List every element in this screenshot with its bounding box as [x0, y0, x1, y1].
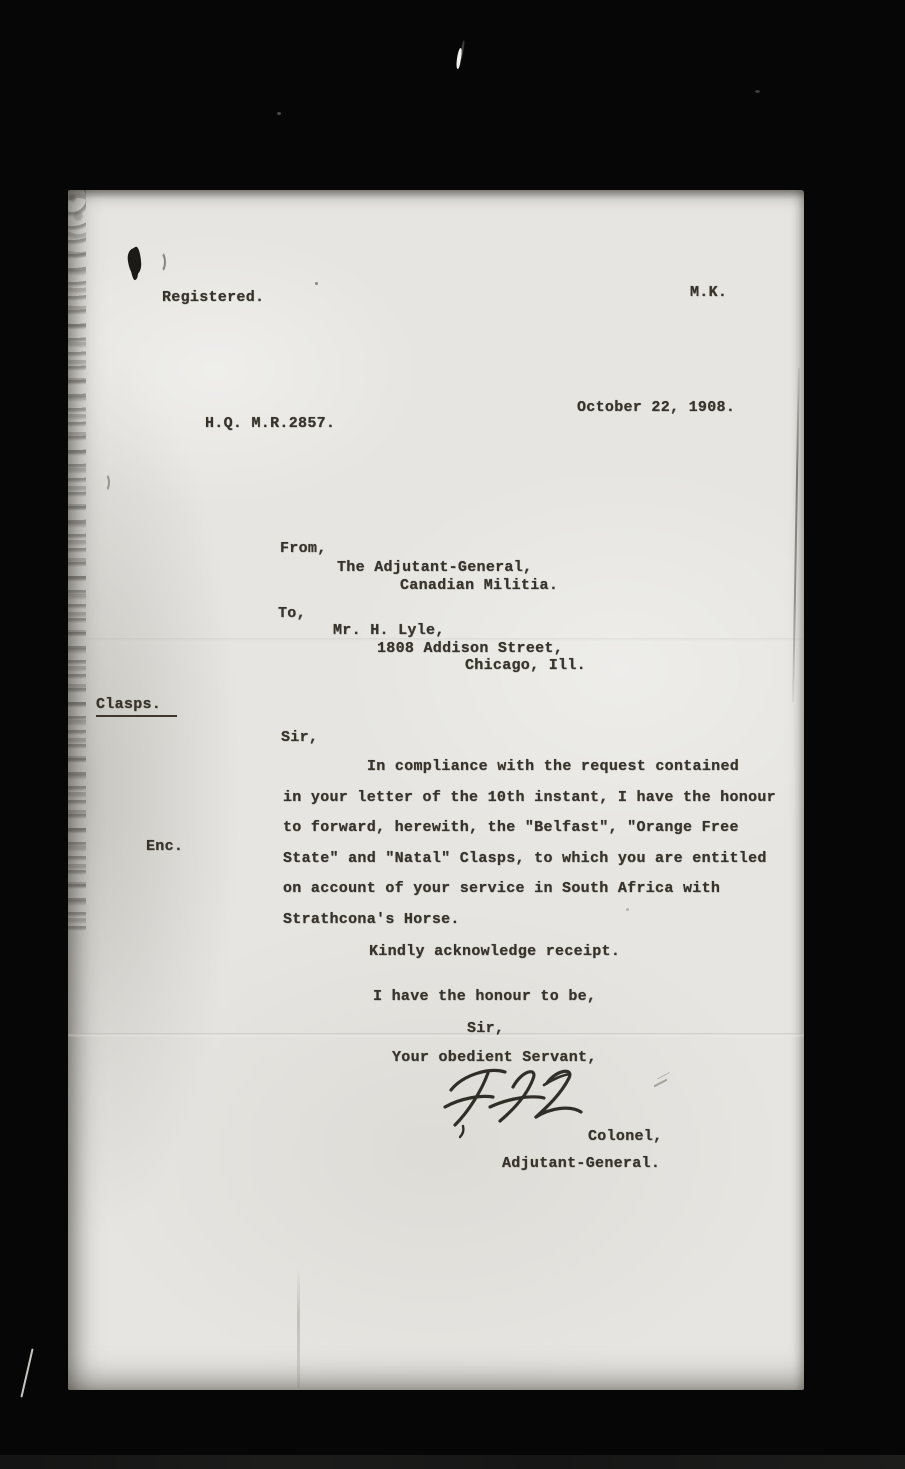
ink-blot	[127, 247, 143, 275]
closing-line-1: I have the honour to be,	[373, 988, 596, 1006]
signer-rank: Colonel,	[588, 1128, 662, 1146]
dust-speck	[277, 112, 281, 115]
from-address-line-1: The Adjutant-General,	[337, 559, 532, 577]
body-line-3: to forward, herewith, the "Belfast", "Or…	[283, 819, 739, 837]
paper-speck	[315, 282, 318, 285]
from-label: From,	[280, 540, 327, 558]
signer-title: Adjutant-General.	[502, 1155, 660, 1173]
examiner-initials: M.K.	[690, 284, 727, 302]
from-address-line-2: Canadian Militia.	[400, 577, 558, 595]
body-line-5: on account of your service in South Afri…	[283, 880, 720, 898]
dust-speck	[755, 90, 760, 93]
body-line-6: Strathcona's Horse.	[283, 911, 460, 929]
registered-label: Registered.	[162, 289, 264, 307]
film-speck	[455, 48, 462, 69]
pencil-scribble	[653, 1079, 667, 1088]
signature-handwriting	[443, 1062, 608, 1144]
letter-page: Registered. M.K. October 22, 1908. H.Q. …	[68, 190, 804, 1390]
scan-edge-strip	[0, 1455, 905, 1469]
body-line-1: In compliance with the request contained	[367, 758, 739, 776]
paper-speck	[626, 908, 629, 911]
to-label: To,	[278, 605, 306, 623]
closing-line-2: Sir,	[467, 1020, 504, 1038]
receipt-line: Kindly acknowledge receipt.	[369, 943, 620, 961]
file-reference: H.Q. M.R.2857.	[205, 415, 335, 433]
fold-crease	[68, 1033, 804, 1037]
body-line-2: in your letter of the 10th instant, I ha…	[283, 789, 776, 807]
fold-crease	[297, 1268, 300, 1388]
pen-check-mark	[98, 472, 110, 493]
to-address-line-2: 1808 Addison Street,	[377, 640, 563, 658]
subject-heading: Clasps.	[96, 696, 177, 717]
scan-background: Registered. M.K. October 22, 1908. H.Q. …	[0, 0, 905, 1469]
salutation: Sir,	[281, 729, 318, 747]
to-address-line-1: Mr. H. Lyle,	[333, 622, 445, 640]
to-address-line-3: Chicago, Ill.	[465, 657, 586, 675]
date-line: October 22, 1908.	[577, 399, 735, 417]
film-scratch	[20, 1348, 33, 1397]
pen-check-mark	[152, 250, 166, 274]
enclosure-note: Enc.	[146, 838, 183, 856]
fold-crease	[792, 368, 800, 702]
body-line-4: State" and "Natal" Clasps, to which you …	[283, 850, 767, 868]
